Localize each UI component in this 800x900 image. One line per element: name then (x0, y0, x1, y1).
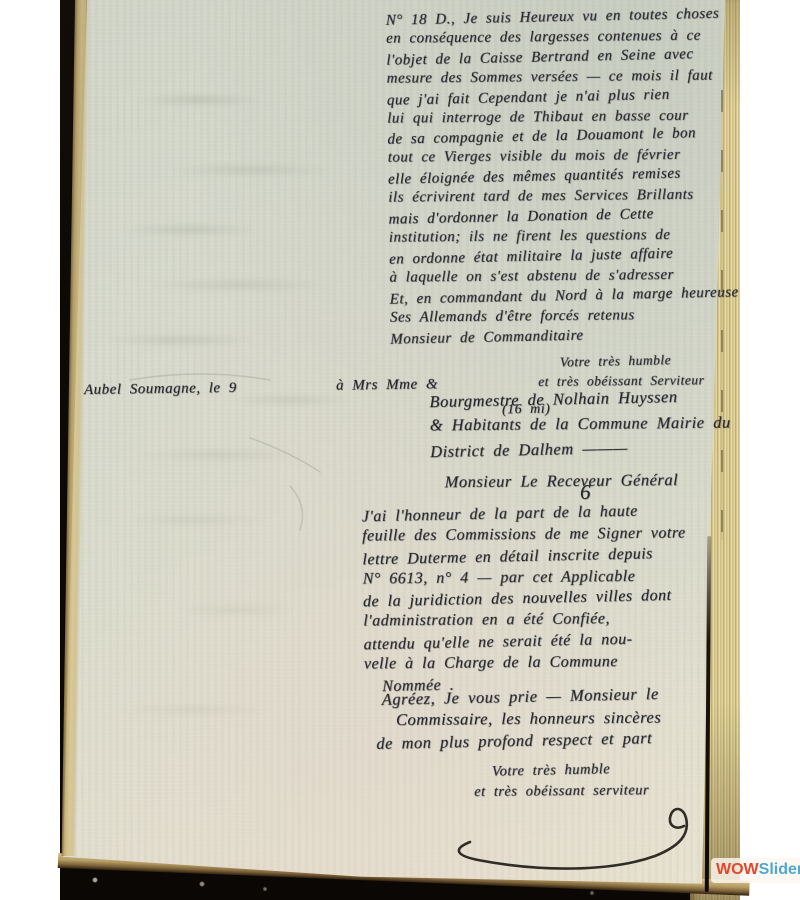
letter-closing-formula: Agréez, Je vous prie — Monsieur leCommis… (370, 684, 662, 754)
letter-address-block: Bourgmestre de Nolhain Huyssen& Habitant… (429, 384, 731, 495)
letter-dateline: Aubel Soumagne, le 9 (84, 380, 237, 399)
wowslider-watermark[interactable]: WOW Slider (711, 858, 800, 883)
wowslider-slider-text: Slider (759, 861, 800, 879)
wowslider-wow-text: WOW (716, 861, 759, 879)
letter-body-paragraph: J'ai l'honneur de la part de la hautefeu… (362, 501, 688, 697)
ink-showthrough-lower (75, 480, 355, 820)
letter-dateline-addressee: à Mrs Mme & (336, 376, 438, 394)
letter-signature: Votre très humbleet très obéissant servi… (492, 759, 649, 802)
ink-showthrough-upper (70, 40, 400, 470)
letter-opening-paragraph: N° 18 D., Je suis Heureux vu en toutes c… (386, 6, 740, 349)
